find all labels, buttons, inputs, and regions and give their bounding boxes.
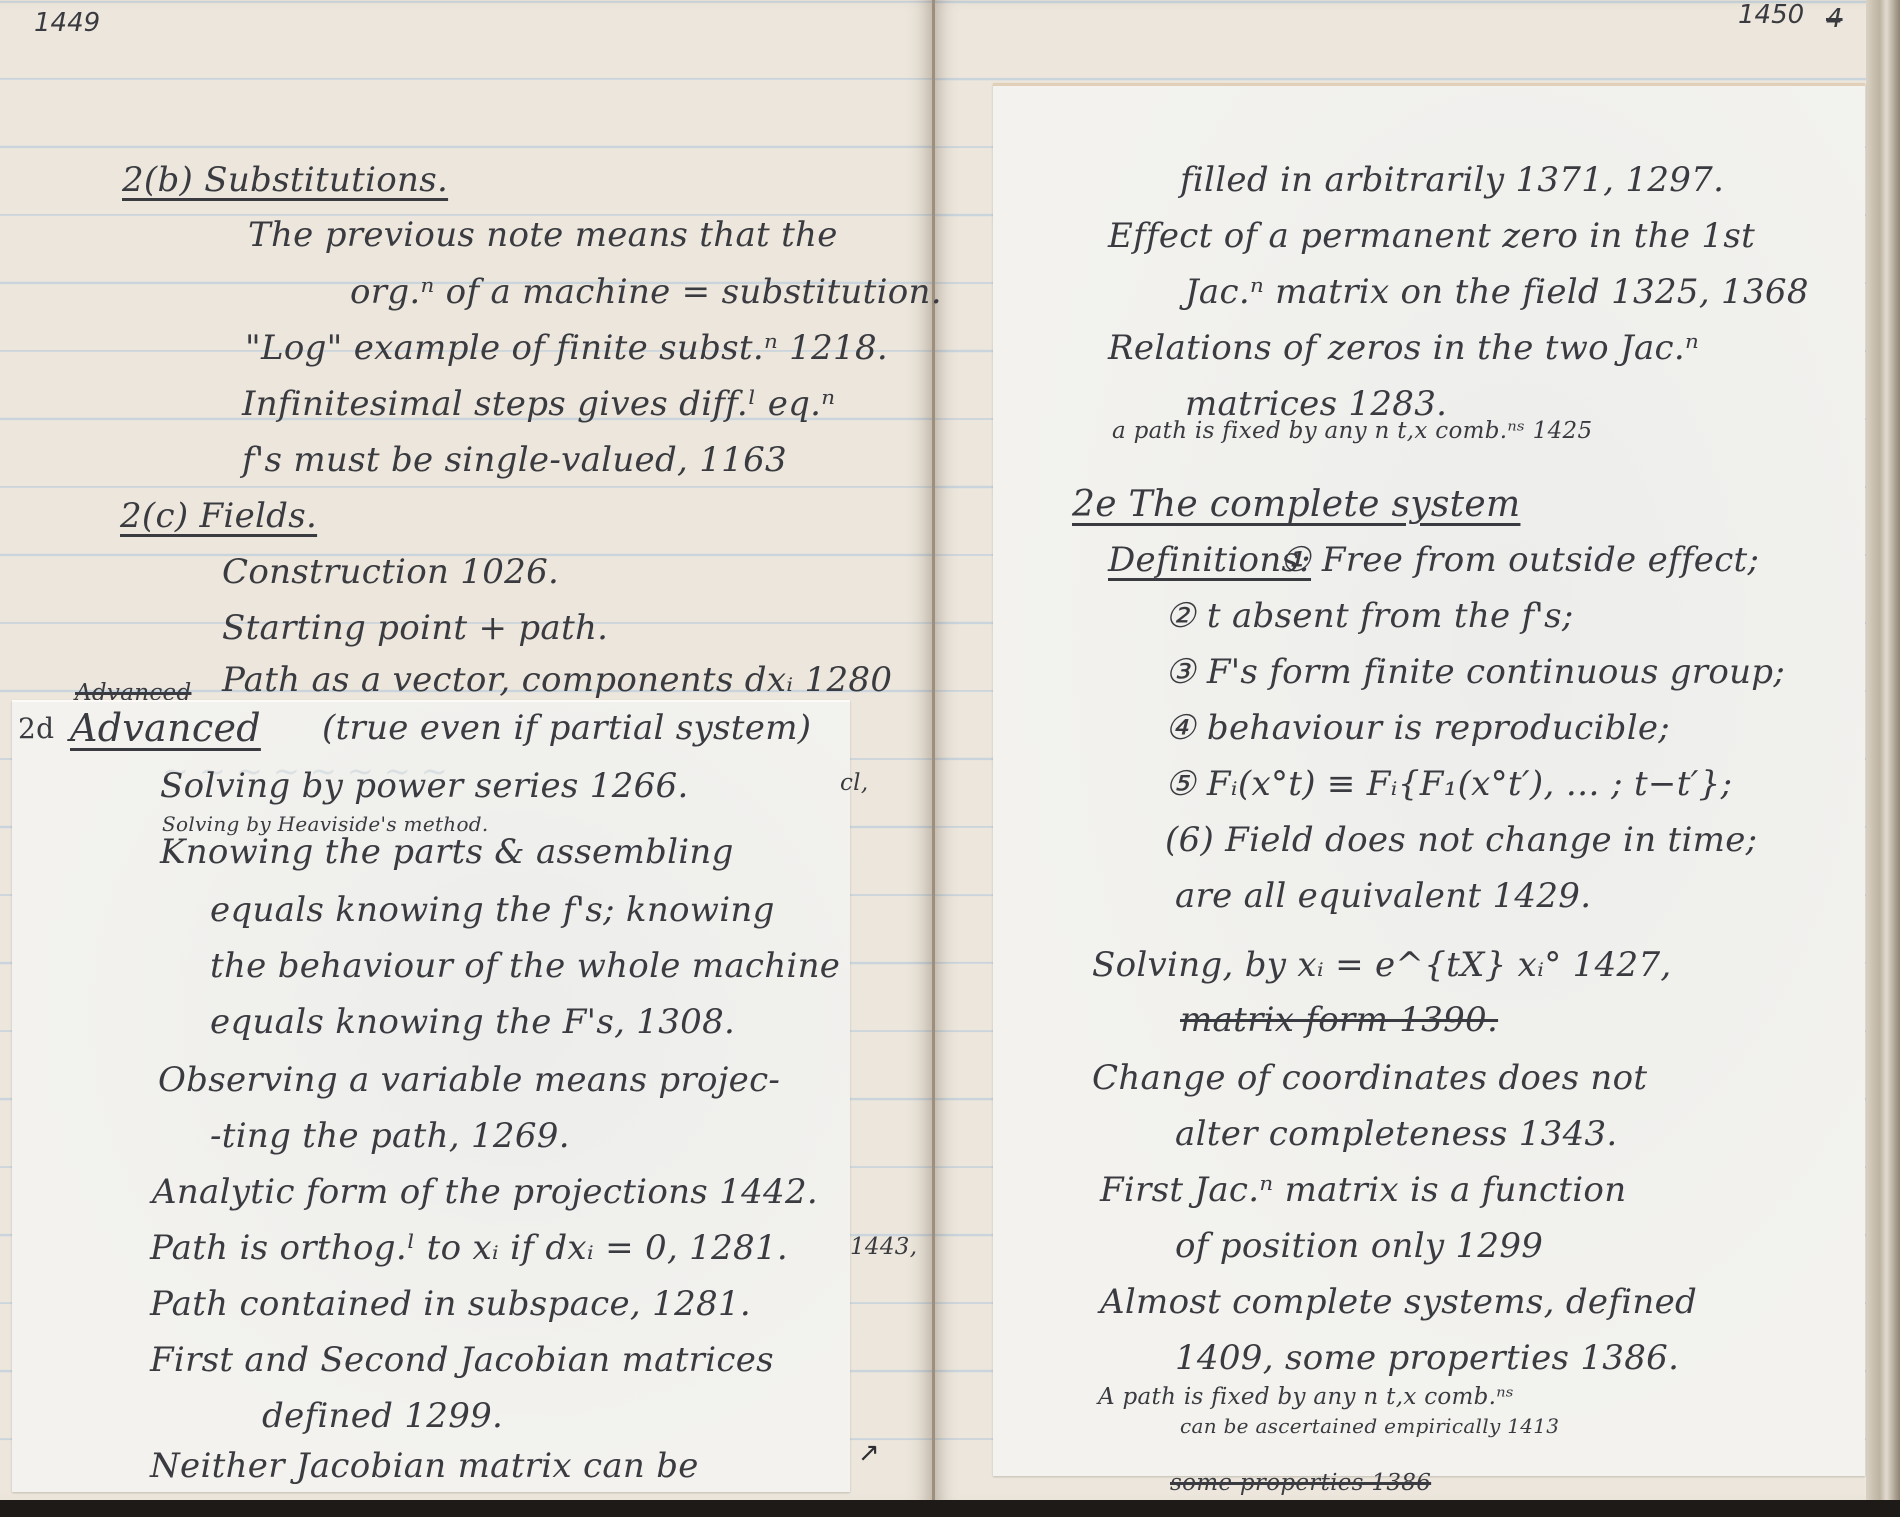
page-number-right: 1450 — [1738, 0, 1804, 30]
note-line: "Log" example of finite subst.ⁿ 1218. — [245, 328, 888, 368]
note-line: Path as a vector, components dxᵢ 1280 — [222, 660, 892, 700]
margin-note: cl, — [840, 770, 868, 796]
note-line: Observing a variable means projec- — [158, 1060, 780, 1100]
definition-marker: ③ — [1165, 652, 1196, 692]
note-line: Relations of zeros in the two Jac.ⁿ — [1108, 328, 1699, 368]
definition-item: ⑤ Fᵢ(x°t) ≡ Fᵢ{F₁(x°t′), … ; t−t′}; — [1165, 764, 1732, 804]
note-line: Starting point + path. — [222, 608, 608, 648]
definition-marker: ④ — [1165, 708, 1196, 748]
definition-marker: ⑤ — [1165, 764, 1196, 804]
note-line: A path is fixed by any n t,x comb.ⁿˢ — [1098, 1384, 1514, 1410]
struck-line: matrix form 1390. — [1180, 1000, 1498, 1040]
definitions-conclusion: are all equivalent 1429. — [1175, 876, 1591, 916]
note-line: Almost complete systems, defined — [1100, 1282, 1697, 1322]
definition-item: ④ behaviour is reproducible; — [1165, 708, 1670, 748]
note-line: the behaviour of the whole machine — [210, 946, 840, 986]
note-line: Infinitesimal steps gives diff.ˡ eq.ⁿ — [242, 384, 835, 424]
margin-mark: ↗ — [858, 1438, 880, 1468]
note-line: Neither Jacobian matrix can be — [150, 1446, 699, 1486]
note-line: of position only 1299 — [1175, 1226, 1543, 1266]
margin-note: 1443, — [850, 1234, 917, 1260]
definition-item: (6) Field does not change in time; — [1165, 820, 1757, 860]
note-line: filled in arbitrarily 1371, 1297. — [1180, 160, 1724, 200]
definition-marker: ① — [1280, 540, 1311, 580]
note-line: Path is orthog.ˡ to xᵢ if dxᵢ = 0, 1281. — [150, 1228, 788, 1268]
note-line: Solving by power series 1266. — [160, 766, 689, 806]
note-line: First and Second Jacobian matrices — [150, 1340, 774, 1380]
note-line: alter completeness 1343. — [1175, 1114, 1618, 1154]
note-line: First Jac.ⁿ matrix is a function — [1100, 1170, 1626, 1210]
note-line: f's must be single-valued, 1163 — [242, 440, 787, 480]
section-note: (true even if partial system) — [322, 708, 811, 748]
note-line: Change of coordinates does not — [1092, 1058, 1647, 1098]
note-line: org.ⁿ of a machine = substitution. — [350, 272, 942, 312]
note-line: The previous note means that the — [248, 215, 838, 255]
note-line: a path is fixed by any n t,x comb.ⁿˢ 142… — [1112, 418, 1592, 444]
note-line: can be ascertained empirically 1413 — [1180, 1414, 1559, 1438]
struck-line-below-slip: some properties 1386 — [1170, 1470, 1431, 1496]
page-number-struck: 4 — [1826, 4, 1843, 34]
note-line: equals knowing the f's; knowing — [210, 890, 775, 930]
note-line: Jac.ⁿ matrix on the field 1325, 1368 — [1185, 272, 1809, 312]
section-heading-2e: 2e The complete system — [1072, 484, 1520, 525]
page-number-left: 1449 — [34, 8, 100, 38]
note-line: 1409, some properties 1386. — [1175, 1338, 1679, 1378]
note-line: defined 1299. — [262, 1396, 503, 1436]
background-edge — [0, 1500, 1900, 1517]
definition-marker: ② — [1165, 596, 1196, 636]
definition-item: ③ F's form finite continuous group; — [1165, 652, 1785, 692]
note-line: Solving, by xᵢ = e^{tX} xᵢ° 1427, — [1092, 945, 1672, 985]
note-line: Path contained in subspace, 1281. — [150, 1284, 751, 1324]
note-line: Analytic form of the projections 1442. — [152, 1172, 818, 1212]
section-heading-2d: Advanced — [70, 706, 261, 750]
notebook-spine — [932, 0, 935, 1505]
note-line: -ting the path, 1269. — [210, 1116, 570, 1156]
page-stack-edge — [1866, 0, 1900, 1505]
definition-item: ② t absent from the f's; — [1165, 596, 1574, 636]
note-line: Knowing the parts & assembling — [160, 832, 734, 872]
definition-marker: (6) — [1165, 820, 1214, 860]
section-heading-2b: 2(b) Substitutions. — [122, 160, 448, 200]
section-number-2d: 2d — [18, 712, 54, 745]
note-line: equals knowing the F's, 1308. — [210, 1002, 735, 1042]
note-line: Effect of a permanent zero in the 1st — [1108, 216, 1755, 256]
note-line: Construction 1026. — [222, 552, 559, 592]
section-heading-2c: 2(c) Fields. — [120, 496, 317, 536]
definition-item: ① Free from outside effect; — [1280, 540, 1759, 580]
